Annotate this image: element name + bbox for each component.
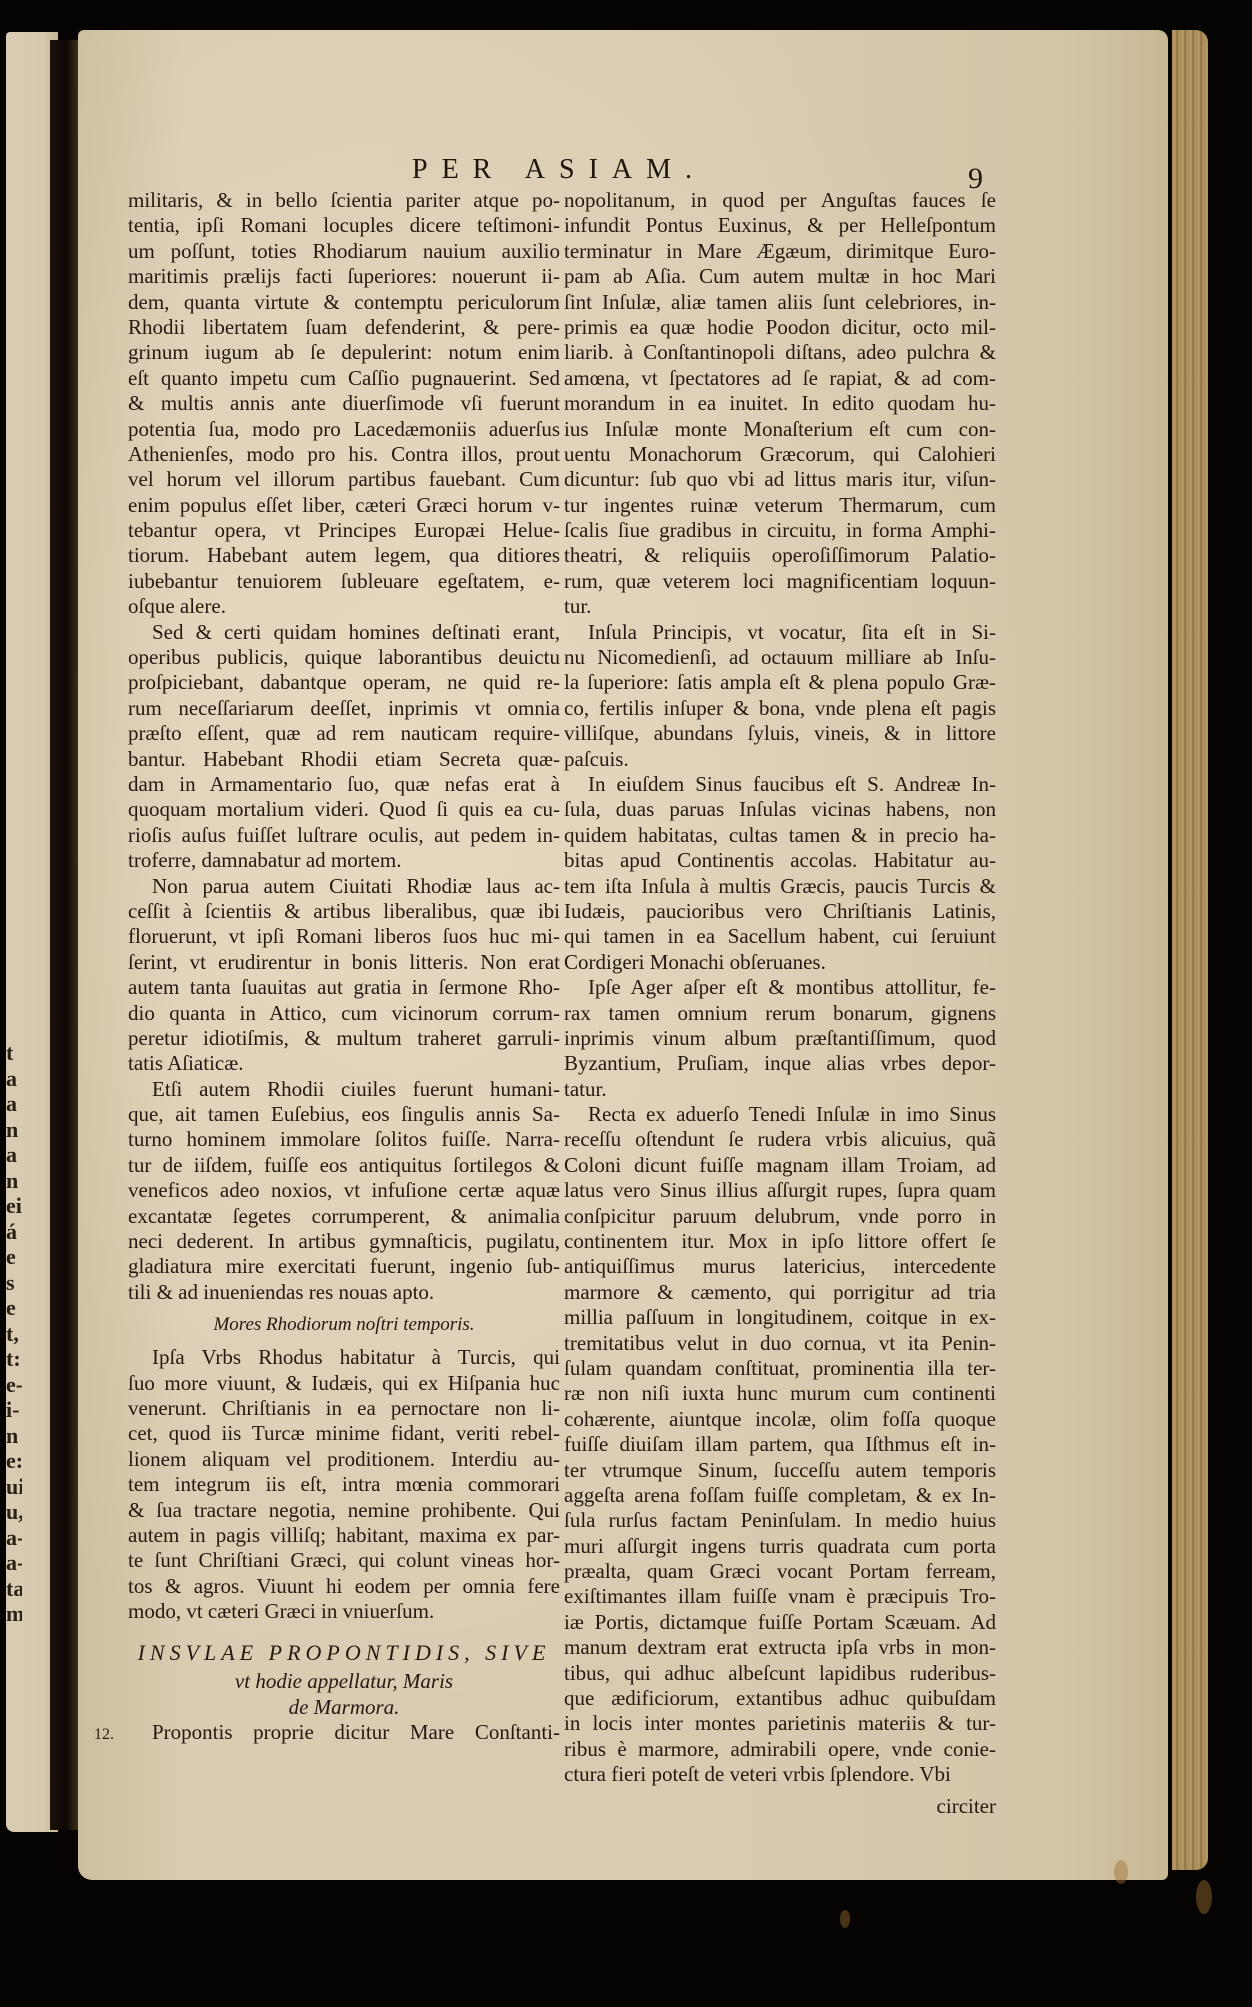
catchword: circiter xyxy=(564,1794,996,1819)
fragment-glyph: s xyxy=(6,1270,22,1296)
marginal-number: 12. xyxy=(94,1722,114,1747)
text-line: rax tamen omnium rerum bonarum, gignens xyxy=(564,1001,996,1026)
text-line: potentia ſua, modo pro Lacedæmoniis adue… xyxy=(128,417,560,442)
text-line: dicuntur: ſub quo vbi ad littus maris it… xyxy=(564,467,996,492)
text-line: cet, quod iis Turcæ minime fidant, verit… xyxy=(128,1421,560,1446)
subheading: Mores Rhodiorum noſtri temporis. xyxy=(128,1305,560,1345)
text-line: veneficos adeo noxios, vt infuſione cert… xyxy=(128,1178,560,1203)
text-line: marmore & cæmento, qui porrigitur ad tri… xyxy=(564,1280,996,1305)
text-line: præſto eſſent, quæ ad rem nauticam requi… xyxy=(128,721,560,746)
text-line: In eiuſdem Sinus faucibus eſt S. Andreæ … xyxy=(564,772,996,797)
text-line: enim populus eſſet liber, cæteri Græci h… xyxy=(128,493,560,518)
text-line: nopolitanum, in quod per Anguſtas fauces… xyxy=(564,188,996,213)
text-line: quoquam mortalium videri. Quod ſi quis e… xyxy=(128,797,560,822)
text-line: tiorum. Habebant autem legem, qua ditior… xyxy=(128,543,560,568)
paragraph-mores: Ipſa Vrbs Rhodus habitatur à Turcis, qui… xyxy=(128,1345,560,1624)
text-line: excantatæ ſegetes corrumperent, & animal… xyxy=(128,1204,560,1229)
text-line: Recta ex aduerſo Tenedi Inſulæ in imo Si… xyxy=(564,1102,996,1127)
text-line: ſuo more viuunt, & Iudæis, qui ex Hiſpan… xyxy=(128,1371,560,1396)
text-line: Etſi autem Rhodii ciuiles fuerunt humani… xyxy=(128,1077,560,1102)
text-line: ter vtrumque Sinum, ſucceſſu autem tempo… xyxy=(564,1458,996,1483)
fragment-glyph: t, xyxy=(6,1321,22,1347)
text-line: tatis Aſiaticæ. xyxy=(128,1051,560,1076)
fragment-glyph: t xyxy=(6,1040,22,1066)
fragment-glyph: ta xyxy=(6,1576,22,1602)
text-line: ceſſit à ſcientiis & artibus liberalibus… xyxy=(128,899,560,924)
paragraph: Sed & certi quidam homines deſtinati era… xyxy=(128,620,560,874)
text-line: continentem itur. Mox in ipſo littore of… xyxy=(564,1229,996,1254)
fragment-glyph: ui xyxy=(6,1474,22,1500)
paragraph: Etſi autem Rhodii ciuiles fuerunt humani… xyxy=(128,1077,560,1306)
text-line: inprimis vinum album præſtantiſſimum, qu… xyxy=(564,1026,996,1051)
text-line: Coloni dicunt fuiſſe magnam illam Troiam… xyxy=(564,1153,996,1178)
text-line: grinum iugum ab ſe depulerint: notum eni… xyxy=(128,340,560,365)
fragment-glyph: a xyxy=(6,1142,22,1168)
text-line: Byzantium, Pruſiam, inque alias vrbes de… xyxy=(564,1051,996,1076)
paragraph: Recta ex aduerſo Tenedi Inſulæ in imo Si… xyxy=(564,1102,996,1788)
text-line: uentu Monachorum Græcorum, qui Calohieri xyxy=(564,442,996,467)
text-line: oſque alere. xyxy=(128,594,560,619)
text-line: infundit Pontus Euxinus, & per Helleſpon… xyxy=(564,213,996,238)
section-heading-title: INSVLAE PROPONTIDIS, SIVE xyxy=(128,1638,560,1668)
text-line: villiſque, abundans ſyluis, vineis, & in… xyxy=(564,721,996,746)
section-heading-subtitle-2: de Marmora. xyxy=(128,1694,560,1720)
text-line: tur ingentes ruinæ veterum Thermarum, cu… xyxy=(564,493,996,518)
text-line: receſſu oſtendunt ſe rudera vrbis alicui… xyxy=(564,1127,996,1152)
text-line: cohærente, aiuntque incolæ, olim foſſa q… xyxy=(564,1407,996,1432)
text-line: theatri, & reliquiis operoſiſſimorum Pal… xyxy=(564,543,996,568)
text-line: in locis inter montes parietinis materii… xyxy=(564,1711,996,1736)
fragment-glyph: e xyxy=(6,1244,22,1270)
text-line: rioſis auſus fuiſſet luſtrare oculis, au… xyxy=(128,823,560,848)
text-line: te ſunt Chriſtiani Græci, qui colunt vin… xyxy=(128,1548,560,1573)
text-line: millia paſſuum in longitudinem, coitque … xyxy=(564,1305,996,1330)
fragment-glyph: a xyxy=(6,1066,22,1092)
text-line: tos & agros. Viuunt hi eodem per omnia f… xyxy=(128,1574,560,1599)
text-line: terminatur in Mare Ægæum, dirimitque Eur… xyxy=(564,239,996,264)
text-line: bitas apud Continentis accolas. Habitatu… xyxy=(564,848,996,873)
fragment-glyph: e: xyxy=(6,1448,22,1474)
text-line: tremitatibus velut in duo cornua, vt ita… xyxy=(564,1331,996,1356)
text-line: ſulam quandam conſtituat, prominentia il… xyxy=(564,1356,996,1381)
text-line: amœna, vt ſpectatores ad ſe rapiat, & ad… xyxy=(564,366,996,391)
right-text-column: nopolitanum, in quod per Anguſtas fauces… xyxy=(564,188,996,1819)
text-line: iæ Portis, dictamque fuiſſe Portam Scæua… xyxy=(564,1610,996,1635)
text-line: troferre, damnabatur ad mortem. xyxy=(128,848,560,873)
text-line: latus vero Sinus illius aſſurgit rupes, … xyxy=(564,1178,996,1203)
text-line: Iudæis, paucioribus vero Chriſtianis Lat… xyxy=(564,899,996,924)
text-line: Rhodii libertatem ſuam defenderint, & pe… xyxy=(128,315,560,340)
left-text-column: militaris, & in bello ſcientia pariter a… xyxy=(128,188,560,1746)
text-line: ribus è marmore, admirabili opere, vnde … xyxy=(564,1737,996,1762)
text-line: maritimis prælijs facti ſuperiores: noue… xyxy=(128,264,560,289)
fragment-glyph: m xyxy=(6,1601,22,1627)
text-line: tibus, qui adhuc albeſcunt lapidibus rud… xyxy=(564,1661,996,1686)
text-line: um poſſunt, toties Rhodiarum nauium auxi… xyxy=(128,239,560,264)
text-line: venerunt. Chriſtianis in ea pernoctare n… xyxy=(128,1396,560,1421)
right-paragraphs: nopolitanum, in quod per Anguſtas fauces… xyxy=(564,188,996,1788)
running-head: PER ASIAM. xyxy=(412,154,706,186)
text-line: militaris, & in bello ſcientia pariter a… xyxy=(128,188,560,213)
text-line: quidem habitatas, cultas tamen & in prec… xyxy=(564,823,996,848)
paragraph: Ipſe Ager aſper eſt & montibus attollitu… xyxy=(564,975,996,1102)
text-line: gladiatura mire exercitati fuerunt, inge… xyxy=(128,1254,560,1279)
text-line: autem tanta ſuauitas aut gratia in ſermo… xyxy=(128,975,560,1000)
text-line: ſerint, vt erudirentur in bonis litteris… xyxy=(128,950,560,975)
text-line: ræ non niſi iuxta hunc murum cum contine… xyxy=(564,1381,996,1406)
fragment-glyph: e xyxy=(6,1295,22,1321)
text-line: rum, quæ veterem loci magnificentiam loq… xyxy=(564,569,996,594)
text-line: conſpicitur paruum delubrum, vnde porro … xyxy=(564,1204,996,1229)
paragraph: In eiuſdem Sinus faucibus eſt S. Andreæ … xyxy=(564,772,996,975)
fragment-glyph: ei xyxy=(6,1193,22,1219)
final-line: Propontis proprie dicitur Mare Conſtanti… xyxy=(128,1720,560,1745)
text-line: dio quanta in Attico, cum vicinorum corr… xyxy=(128,1001,560,1026)
fragment-glyph: i- xyxy=(6,1397,22,1423)
paragraph: nopolitanum, in quod per Anguſtas fauces… xyxy=(564,188,996,620)
text-line: modo, vt cæteri Græci in vniuerſum. xyxy=(128,1599,560,1624)
text-line: tili & ad inueniendas res nouas apto. xyxy=(128,1280,560,1305)
paragraph: Inſula Principis, vt vocatur, ſita eſt i… xyxy=(564,620,996,772)
text-line: neci dederent. In artibus gymnaſticis, p… xyxy=(128,1229,560,1254)
text-line: exiſtimantes illam fuiſſe vnam è præcipu… xyxy=(564,1584,996,1609)
text-line: Cordigeri Monachi obſeruanes. xyxy=(564,950,996,975)
text-line: Ipſa Vrbs Rhodus habitatur à Turcis, qui xyxy=(128,1345,560,1370)
text-line: muri aſſurgit ingens turris quadrata cum… xyxy=(564,1534,996,1559)
text-line: tatur. xyxy=(564,1077,996,1102)
text-line: Athenienſes, modo pro his. Contra illos,… xyxy=(128,442,560,467)
text-line: paſcuis. xyxy=(564,747,996,772)
text-line: ius Inſulæ monte Monaſterium eſt cum con… xyxy=(564,417,996,442)
left-paragraphs: militaris, & in bello ſcientia pariter a… xyxy=(128,188,560,1305)
text-line: tem iſta Inſula à multis Græcis, paucis … xyxy=(564,874,996,899)
text-line: lionem aliquam vel proditionem. Interdiu… xyxy=(128,1447,560,1472)
text-line: primis ea quæ hodie Poodon dicitur, octo… xyxy=(564,315,996,340)
text-line: que ædificiorum, extantibus adhuc quibuſ… xyxy=(564,1686,996,1711)
text-line: tur. xyxy=(564,594,996,619)
section-heading-subtitle: vt hodie appellatur, Maris xyxy=(128,1668,560,1694)
foxing-stain xyxy=(1196,1880,1212,1914)
text-line: eſt quanto impetu cum Caſſio pugnauerint… xyxy=(128,366,560,391)
text-line: nu Nicomedienſi, ad octauum milliare ab … xyxy=(564,645,996,670)
text-line: ſint Inſulæ, aliæ tamen aliis ſunt celeb… xyxy=(564,290,996,315)
text-line: Non parua autem Ciuitati Rhodiæ laus ac- xyxy=(128,874,560,899)
foxing-stain xyxy=(840,1910,850,1928)
text-line: ctura fieri poteſt de veteri vrbis ſplen… xyxy=(564,1762,996,1787)
text-line: proſpiciebant, dabantque operam, ne quid… xyxy=(128,670,560,695)
text-line: qui tamen in ea Sacellum habent, cui ſer… xyxy=(564,924,996,949)
page-fore-edge xyxy=(1172,30,1208,1870)
text-line: fuiſſe diuiſam illam partem, qua Iſthmus… xyxy=(564,1432,996,1457)
previous-page-text-fragment: taananeiáeset,t:e-i-ne:uiu,a-a-tam xyxy=(6,1040,22,1627)
paragraph: Ipſa Vrbs Rhodus habitatur à Turcis, qui… xyxy=(128,1345,560,1624)
fragment-glyph: á xyxy=(6,1219,22,1245)
fragment-glyph: a- xyxy=(6,1550,22,1576)
text-line: liarib. à Conſtantinopoli diſtans, adeo … xyxy=(564,340,996,365)
text-line: manum dextram erat extructa ipſa vrbs in… xyxy=(564,1635,996,1660)
text-line: tur de iiſdem, fuiſſe eos antiquitus ſor… xyxy=(128,1153,560,1178)
text-line: dam in Armamentario ſuo, quæ nefas erat … xyxy=(128,772,560,797)
fragment-glyph: n xyxy=(6,1168,22,1194)
text-line: Sed & certi quidam homines deſtinati era… xyxy=(128,620,560,645)
fragment-glyph: t: xyxy=(6,1346,22,1372)
fragment-glyph: a xyxy=(6,1091,22,1117)
paragraph: militaris, & in bello ſcientia pariter a… xyxy=(128,188,560,620)
text-line: rum neceſſariarum deeſſet, inprimis vt o… xyxy=(128,696,560,721)
fragment-glyph: u, xyxy=(6,1499,22,1525)
text-line: Inſula Principis, vt vocatur, ſita eſt i… xyxy=(564,620,996,645)
text-line: peretur idiotiſmis, & multum traheret ga… xyxy=(128,1026,560,1051)
text-line: iubebantur tenuiorem ſubleuare egeſtatem… xyxy=(128,569,560,594)
fragment-glyph: n xyxy=(6,1117,22,1143)
text-line: autem in pagis villiſq; habitant, maxima… xyxy=(128,1523,560,1548)
text-line: turno hominem immolare ſolitos fuiſſe. N… xyxy=(128,1127,560,1152)
text-line: tentia, ipſi Romani locuples dicere teſt… xyxy=(128,213,560,238)
text-line: tem integrum iis eſt, intra mœnia commor… xyxy=(128,1472,560,1497)
text-line: tebantur opera, vt Principes Europæi Hel… xyxy=(128,518,560,543)
text-line: floruerunt, vt ipſi Romani liberos ſuos … xyxy=(128,924,560,949)
text-line: antiquiſſimus murus latericius, interced… xyxy=(564,1254,996,1279)
text-line: morandum in ea inuitet. In edito quodam … xyxy=(564,391,996,416)
fragment-glyph: n xyxy=(6,1423,22,1449)
text-line: bantur. Habebant Rhodii etiam Secreta qu… xyxy=(128,747,560,772)
text-line: co, fertilis inſuper & bona, vnde plena … xyxy=(564,696,996,721)
text-line: ſula, duas paruas Inſulas vicinas habens… xyxy=(564,797,996,822)
text-line: vel horum vel illorum partibus fauebant.… xyxy=(128,467,560,492)
text-line: aggeſta arena foſſam fuiſſe completam, &… xyxy=(564,1483,996,1508)
text-line: & ſua tractare negotia, nemine prohibent… xyxy=(128,1498,560,1523)
text-line: que, ait tamen Euſebius, eos ſingulis an… xyxy=(128,1102,560,1127)
text-line: præalta, quam Græci vocant Portam ferrea… xyxy=(564,1559,996,1584)
text-line: dem, quanta virtute & contemptu periculo… xyxy=(128,290,560,315)
paragraph: Non parua autem Ciuitati Rhodiæ laus ac-… xyxy=(128,874,560,1077)
text-line: pam ab Aſia. Cum autem multæ in hoc Mari xyxy=(564,264,996,289)
fragment-glyph: e- xyxy=(6,1372,22,1398)
foxing-stain xyxy=(1114,1860,1128,1884)
text-line: ſula rurſus factam Peninſulam. In medio … xyxy=(564,1508,996,1533)
fragment-glyph: a- xyxy=(6,1525,22,1551)
text-line: ſcalis ſiue gradibus in circuitu, in for… xyxy=(564,518,996,543)
text-line: la ſuperiore: ſatis ampla eſt & plena po… xyxy=(564,670,996,695)
text-line: operibus publicis, quique laborantibus d… xyxy=(128,645,560,670)
text-line: & multis annis ante diuerſimode vſi fuer… xyxy=(128,391,560,416)
text-line: Ipſe Ager aſper eſt & montibus attollitu… xyxy=(564,975,996,1000)
